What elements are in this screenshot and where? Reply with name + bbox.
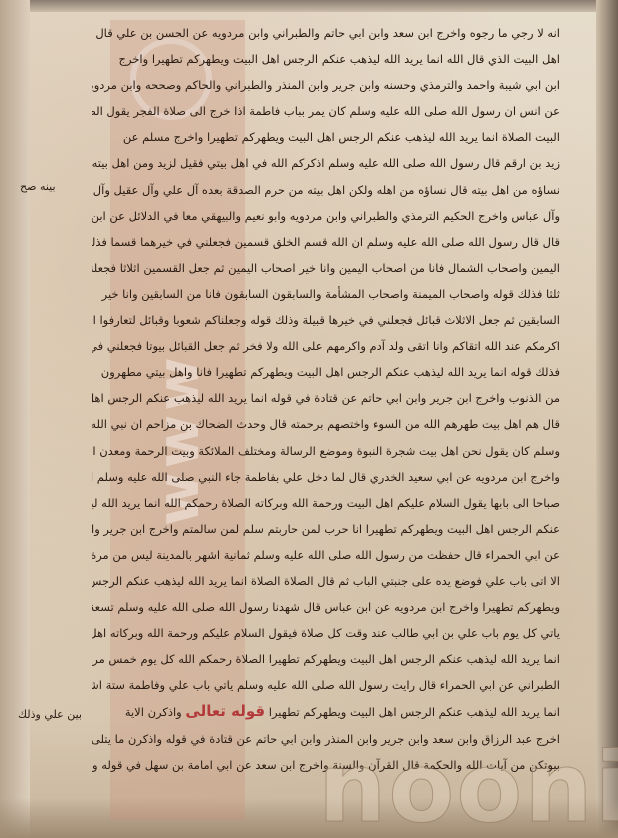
- text-line: اهل البيت الذي قال الله انما يريد الله ل…: [92, 46, 560, 72]
- text-line: السابقين ثم جعل الاثلاث قبائل فجعلني في …: [92, 307, 560, 333]
- manuscript-text: انه لا رجي ما رجوه واخرج ابن سعد وابن اب…: [92, 20, 560, 778]
- text-line: البيت الصلاة انما يريد الله ليذهب عنكم ا…: [92, 124, 560, 150]
- rubric-heading: قوله تعالى: [185, 702, 265, 720]
- text-line-with-rubric: انما يريد الله ليذهب عنكم الرجس اهل البي…: [92, 698, 560, 725]
- text-line: صباحا الى بابها يقول السلام عليكم اهل ال…: [92, 490, 560, 516]
- text-line: عن ابي الحمراء قال حفظت من رسول الله صلى…: [92, 542, 560, 568]
- text-line-segment: انما يريد الله ليذهب عنكم الرجس اهل البي…: [269, 705, 560, 719]
- text-line: ويطهركم تطهيرا واخرج ابن مردويه عن ابن ع…: [92, 594, 560, 620]
- text-line: من الذنوب واخرج ابن جرير وابن ابي حاتم ع…: [92, 385, 560, 411]
- text-line: وآل عباس واخرج الحكيم الترمذي والطبراني …: [92, 203, 560, 229]
- text-line: ابن ابي شيبة واحمد والترمذي وحسنه وابن ج…: [92, 72, 560, 98]
- margin-note-bottom: بين علي وذلك: [18, 708, 82, 721]
- margin-note-top: بينه صح: [20, 180, 56, 193]
- text-line: ثلثا فذلك قوله واصحاب الميمنة واصحاب الم…: [92, 281, 560, 307]
- text-line: اليمين واصحاب الشمال فانا من اصحاب اليمي…: [92, 255, 560, 281]
- text-line: انه لا رجي ما رجوه واخرج ابن سعد وابن اب…: [92, 20, 560, 46]
- text-line: قال هم اهل بيت طهرهم الله من السوء واختص…: [92, 411, 560, 437]
- text-line: وسلم كان يقول نحن اهل بيت شجرة النبوة وم…: [92, 438, 560, 464]
- text-line: اكرمكم عند الله اتقاكم وانا اتقى ولد آدم…: [92, 333, 560, 359]
- text-line: انما يريد الله ليذهب عنكم الرجس اهل البي…: [92, 646, 560, 672]
- text-line: نساؤه من اهل بيته قال نساؤه من اهله ولكن…: [92, 177, 560, 203]
- manuscript-page: www بينه صح بين علي وذلك انه لا رجي ما ر…: [0, 0, 618, 838]
- text-line: الا اتى باب علي فوضع يده على جنبتي الباب…: [92, 568, 560, 594]
- text-line: عن انس ان رسول الله صلى الله عليه وسلم ك…: [92, 98, 560, 124]
- text-line: قال قال رسول الله صلى الله عليه وسلم ان …: [92, 229, 560, 255]
- text-line: فذلك قوله انما يريد الله ليذهب عنكم الرج…: [92, 359, 560, 385]
- watermark-right: nooni: [318, 740, 618, 836]
- text-line: واخرج ابن مردويه عن ابي سعيد الخدري قال …: [92, 464, 560, 490]
- rubric-trailing-text: واذكرن الاية: [125, 705, 182, 719]
- page-top-edge: [0, 0, 618, 12]
- text-line: زيد بن ارقم قال رسول الله صلى الله عليه …: [92, 150, 560, 176]
- text-line: عنكم الرجس اهل البيت ويطهركم تطهيرا انا …: [92, 516, 560, 542]
- text-line: ياتي كل يوم باب علي بن ابي طالب عند وقت …: [92, 620, 560, 646]
- page-right-edge: [596, 0, 618, 838]
- text-line: الطبراني عن ابي الحمراء قال رايت رسول ال…: [92, 672, 560, 698]
